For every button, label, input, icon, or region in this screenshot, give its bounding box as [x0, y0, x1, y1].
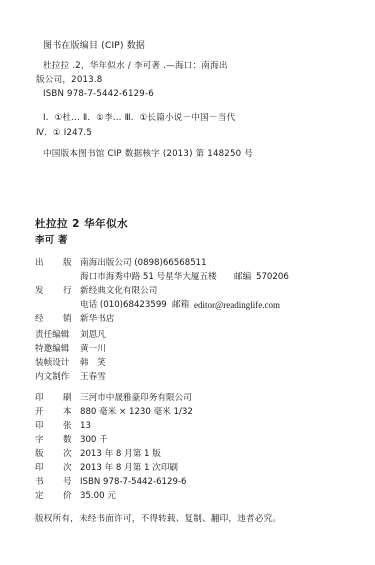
spec-label-a: 开 [35, 407, 44, 418]
book-author: 李可 著 [35, 235, 68, 246]
spec-label-a: 印 [35, 463, 44, 474]
postcode-label: 邮编 [234, 272, 251, 283]
cip-record-number: 中国版本图书馆 CIP 数据核字 (2013) 第 148250 号 [43, 149, 253, 160]
cip-isbn: ISBN 978-7-5442-6129-6 [43, 89, 154, 100]
publisher-address: 海口市海秀中路 51 号星华大厦五楼 [80, 272, 217, 283]
credit-value: 刘恩凡 [80, 330, 106, 341]
seller-label-b: 销 [63, 314, 72, 325]
distributor-label-b: 行 [63, 286, 72, 297]
cip-classification-1: Ⅰ．①杜… Ⅱ．①李… Ⅲ．①长篇小说－中国－当代 [43, 113, 235, 124]
spec-label-a: 印 [35, 421, 44, 432]
spec-value: 35.00 元 [80, 491, 116, 502]
credit-value: 韩 笑 [80, 358, 106, 369]
spec-label-b: 刷 [63, 393, 72, 404]
spec-value: 三河市中晟雅豪印务有限公司 [80, 393, 192, 404]
cip-line-1: 杜拉拉 .2，华年似水 / 李可著 .—海口：南海出 [43, 61, 228, 72]
copyright-notice: 版权所有，未经书面许可，不得转载、复制、翻印，违者必究。 [35, 514, 281, 525]
cip-title: 图书在版编目 (CIP) 数据 [43, 41, 145, 52]
spec-label-b: 数 [63, 435, 72, 446]
spec-label-a: 字 [35, 435, 44, 446]
spec-value: 2013 年 8 月第 1 次印刷 [80, 463, 178, 474]
seller-value: 新华书店 [80, 314, 114, 325]
spec-label-a: 版 [35, 449, 44, 460]
credit-label: 内文制作 [35, 372, 69, 383]
spec-label-b: 本 [63, 407, 72, 418]
spec-value: 300 千 [80, 435, 108, 446]
spec-label-a: 定 [35, 491, 44, 502]
spec-label-b: 张 [63, 421, 72, 432]
distributor-label-a: 发 [35, 286, 44, 297]
spec-value: ISBN 978-7-5442-6129-6 [80, 477, 187, 488]
book-title: 杜拉拉 2 华年似水 [35, 219, 128, 230]
spec-label-a: 印 [35, 393, 44, 404]
spec-value: 2013 年 8 月第 1 版 [80, 449, 161, 460]
credit-label: 装帧设计 [35, 358, 69, 369]
credit-label: 特邀编辑 [35, 344, 69, 355]
publisher-label-a: 出 [35, 258, 44, 269]
spec-label-b: 价 [63, 491, 72, 502]
spec-value: 880 毫米 × 1230 毫米 1/32 [80, 407, 193, 418]
distributor-value: 新经典文化有限公司 [80, 286, 157, 297]
email-value: editor@readinglife.com [194, 300, 280, 311]
credit-label: 责任编辑 [35, 330, 69, 341]
spec-value: 13 [80, 421, 91, 432]
publisher-value: 南海出版公司 (0898)66568511 [80, 258, 207, 269]
cip-classification-2: Ⅳ．① I247.5 [36, 128, 92, 139]
seller-label-a: 经 [35, 314, 44, 325]
email-label: 邮箱 [172, 300, 189, 311]
spec-label-b: 号 [63, 477, 72, 488]
publisher-label-b: 版 [63, 258, 72, 269]
credit-value: 王春雪 [80, 372, 106, 383]
spec-label-a: 书 [35, 477, 44, 488]
spec-label-b: 次 [63, 463, 72, 474]
postcode-value: 570206 [256, 272, 289, 283]
distributor-phone: 电话 (010)68423599 [80, 300, 167, 311]
credit-value: 黄一川 [80, 344, 106, 355]
spec-label-b: 次 [63, 449, 72, 460]
cip-line-2: 版公司，2013.8 [36, 75, 102, 86]
